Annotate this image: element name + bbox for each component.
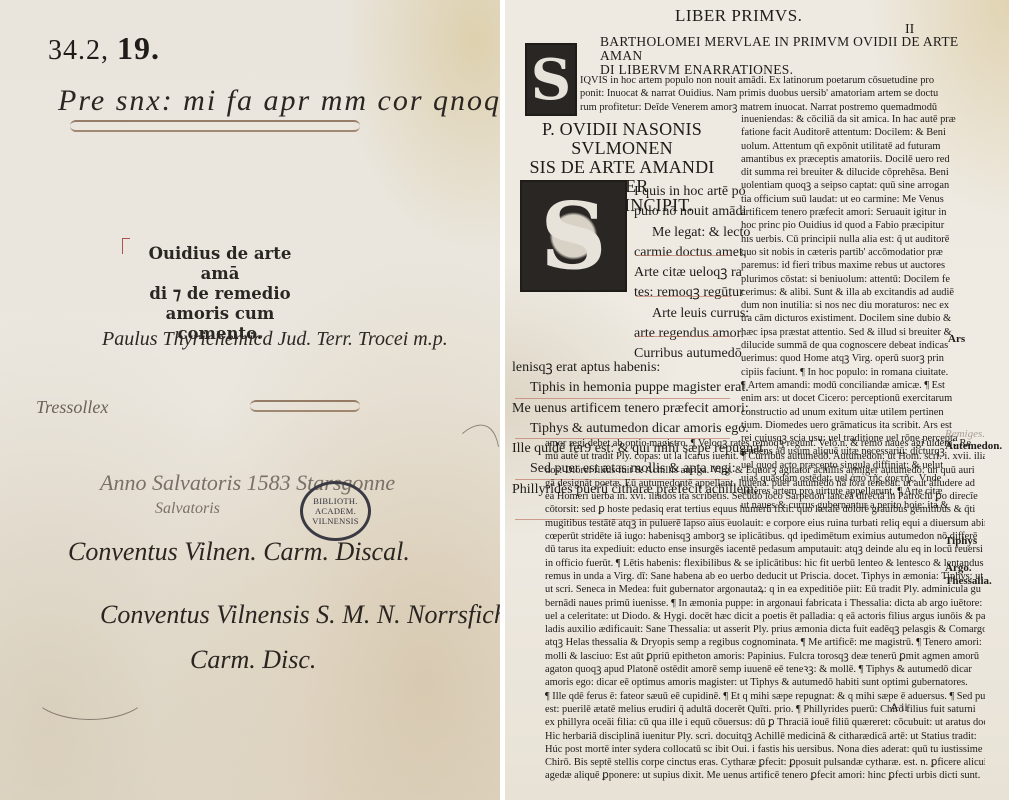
verse-line: lenisqꝫ erat aptus habenis: [512, 358, 732, 378]
text-line: cōtorsit: sed ꝑ hoste pedasiq erat terti… [545, 503, 985, 516]
stamp-line: BIBLIOTH. [313, 496, 358, 506]
margin-note-autemedon: Autemedon. [945, 440, 995, 452]
text-line: uel a celeritate: ut Diodo. & Hygi. docē… [545, 610, 985, 623]
text-line: uerimus: quod Home atqꝫ Virg. operū suor… [741, 352, 983, 365]
faded-note: Salvatoris [155, 500, 220, 518]
text-line: ex phillyra oceāi filia: cū qua ille i e… [545, 716, 985, 729]
text-line: IQVIS in hoc artem populo non nouit amād… [580, 74, 980, 87]
text-line: enim ars: ut docet Cicero: perceptionū e… [741, 392, 983, 405]
text-line: dilucide summā de qua cognoscere debeat … [741, 339, 983, 352]
margin-note-tiphys: Tiphys [945, 535, 977, 547]
shelfmark-part-2: 19. [117, 30, 160, 66]
text-line: bernādi naues primū iuenisse. ¶ In æmoni… [545, 597, 985, 610]
crossed-out-text [70, 120, 360, 132]
text-line: cipiis faciunt. ¶ In hoc populo: in roma… [741, 366, 983, 379]
text-line: molli & lasciuo: Est aūt ꝑpriū epitheton… [545, 650, 985, 663]
text-line: ¶ Ille qdē ferus ē: fateor sæuū eē cupid… [545, 690, 985, 703]
text-line: constructio ad unum exitum uitæ utilem p… [741, 406, 983, 419]
text-line: tra cām dicturos existiment. Docilem sin… [741, 312, 983, 325]
signature-mark: A ii [890, 700, 908, 715]
text-line: amor regi debet ab optio magistro. ¶ Vel… [545, 437, 985, 450]
text-line: Hic herbariā disciplinā iuenitur Ply. sc… [545, 730, 985, 743]
red-underline [515, 398, 730, 399]
text-line: est: puerilē ætatē melius erudiri q̄ adu… [545, 703, 985, 716]
text-line: in officio fuerūt. ¶ Lētis habenis: flex… [545, 557, 985, 570]
red-underline [636, 296, 731, 297]
woodcut-initial-s: S [525, 43, 577, 116]
text-line: ¶ Artem amandi: modū conciliandæ amicæ. … [741, 379, 983, 392]
commentary-intro: IQVIS in hoc artem populo non nouit amād… [580, 74, 980, 114]
text-line: atqꝫ Helas thessalia & Dryopis semp a re… [545, 636, 985, 649]
verse-line: Arte citæ ueloqꝫ ra [634, 263, 734, 283]
text-line: remus in unda a Virg. dī: Sane habena ab… [545, 570, 985, 583]
commentary-title: BARTHOLOMEI MERVLAE IN PRIMVM OVIDII DE … [600, 35, 980, 77]
text-line: ut scri. Seneca in Medea: fuit gubernato… [545, 583, 985, 596]
pen-flourish [30, 660, 150, 720]
text-line: rum profitetur: Deīde Venerem amorꝫ matr… [580, 101, 980, 114]
text-line: paremus: id fieri tribus maxime rebus ut… [741, 259, 983, 272]
text-line: Chirō. Bis septē stellis corpe cinctus e… [545, 756, 985, 769]
ownership-inscription: Conventus Vilnen. Carm. Discal. [68, 537, 410, 567]
library-stamp: BIBLIOTH. ACADEM. VILNENSIS [300, 481, 371, 541]
running-head: LIBER PRIMVS. [675, 6, 802, 26]
verse-line: Me uenus artificem tenero præfecit amori… [512, 399, 732, 419]
owner-signature: Paulus Thyrichemicd Jud. Terr. Trocei m.… [102, 328, 448, 351]
text-line: gā designāt poetæ. Eū autumedontē appell… [545, 477, 985, 490]
text-line: dum non inutilia: si nos nec diu moratur… [741, 299, 983, 312]
text-line: cœperūt stridēte iā iugo: habenisqꝫ ambo… [545, 530, 985, 543]
title-line: amoris cum [135, 304, 305, 324]
margin-note-thessalia: Thessalia. [945, 575, 992, 587]
poem-title-line: P. OVIDII NASONIS SVLMONEN [515, 120, 729, 158]
commentary-title-line: BARTHOLOMEI MERVLAE IN PRIMVM OVIDII DE … [600, 35, 980, 63]
text-line: mugitibus testātē atqꝫ in puluerē lapso … [545, 517, 985, 530]
verse-lines-beside-initial: I quis in hoc artē po pulo nō nouit amād… [634, 182, 734, 365]
text-line: ea Homeri uerba in. xvi. iliados ita scr… [545, 490, 985, 503]
ownership-inscription: Conventus Vilnensis S. M. N. Norrsfich [100, 600, 507, 630]
text-line: cerimus: & alibi. Sunt & illa ab excitan… [741, 286, 983, 299]
text-line: uolum. Attentum qñ expōnit utilitatē ad … [741, 140, 983, 153]
text-line: amantibus ex præceptis amatoriis. Docilē… [741, 153, 983, 166]
verse-line: Arte leuis currus: [634, 304, 734, 324]
text-line: amoris ego: dicar eē optimus amoris magi… [545, 676, 985, 689]
verse-line: pulo nō nouit amādi [634, 202, 734, 222]
red-underline [636, 255, 731, 256]
text-line: dit summa rei breuiter & dilucide cōpreh… [741, 166, 983, 179]
text-line: fatione facit Auditorē attentum: Docilem… [741, 126, 983, 139]
text-line: agedæ aliquē ꝑponere: ut supius dixit. M… [545, 769, 985, 782]
red-underline [636, 336, 731, 337]
text-line: his uerbis. Cū principii nulla alia est:… [741, 233, 983, 246]
text-line: agaton quoqꝫ apud Platonē ostēdit amorē … [545, 663, 985, 676]
verse-line: carmie doctus amet. [634, 243, 734, 263]
crossed-out-text [250, 400, 360, 412]
rubric-bracket-mark [122, 238, 130, 254]
text-line: ponit: Inuocat & narrat Ouidius. Nam pri… [580, 87, 980, 100]
woodcut-initial-s-with-putto: S [520, 180, 627, 292]
verse-line: Me legat: & lecto [634, 223, 734, 243]
verse-line: arte regendus amor. [634, 324, 734, 344]
faded-note: Tressollex [36, 397, 108, 418]
margin-note-remiges: Remiges. [945, 428, 985, 440]
text-line: plurimos cōstat: si beniuolum: attentū: … [741, 273, 983, 286]
text-line: mū autē ut tradit Ply. copas: ut la Icar… [545, 450, 985, 463]
text-line: hæc ipsa præstat attentio. Sed & illud s… [741, 326, 983, 339]
text-line: tia officium suū laudat: ut eo carmine: … [741, 193, 983, 206]
ownership-inscription: Carm. Disc. [190, 645, 316, 675]
text-line: inueniendas: & cōciliā da sit amica. In … [741, 113, 983, 126]
title-line: Ouidius de arte amā [135, 244, 305, 284]
title-line: di ⁊ de remedio [135, 284, 305, 304]
text-line: ladis auxilio ædificauit: Sane Thessalia… [545, 623, 985, 636]
stamp-line: VILNENSIS [312, 516, 359, 526]
shelfmark-part-1: 34.2, [48, 35, 109, 66]
verse-line: I quis in hoc artē po [634, 182, 734, 202]
margin-note-argo: Argo. [945, 562, 972, 574]
text-line: artificem tenero præfecit amori: Seruaui… [741, 206, 983, 219]
commentary-full-width: amor regi debet ab optio magistro. ¶ Vel… [545, 437, 985, 783]
text-line: quo sit nobis in cæteris partib' accōmod… [741, 246, 983, 259]
text-line: hoc princ pio Ouidius id quod a Fabio pr… [741, 219, 983, 232]
text-line: uolentiam quoqꝫ a seipso captat: quū sin… [741, 179, 983, 192]
text-line: dū tarus ita expediuit: educto ense insu… [545, 543, 985, 556]
shelfmark: 34.2, 19. [48, 30, 160, 67]
stamp-line: ACADEM. [315, 506, 356, 516]
text-line: dos: Diorei filius fuit & Achillis aurig… [545, 464, 985, 477]
margin-note-ars: Ars [948, 333, 965, 345]
verse-line: tes: remoqꝫ regūtur [634, 283, 734, 303]
verse-line: Tiphis in hemonia puppe magister erat. [512, 378, 732, 398]
text-line: Húc post mortē inter sydera collocatū sc… [545, 743, 985, 756]
